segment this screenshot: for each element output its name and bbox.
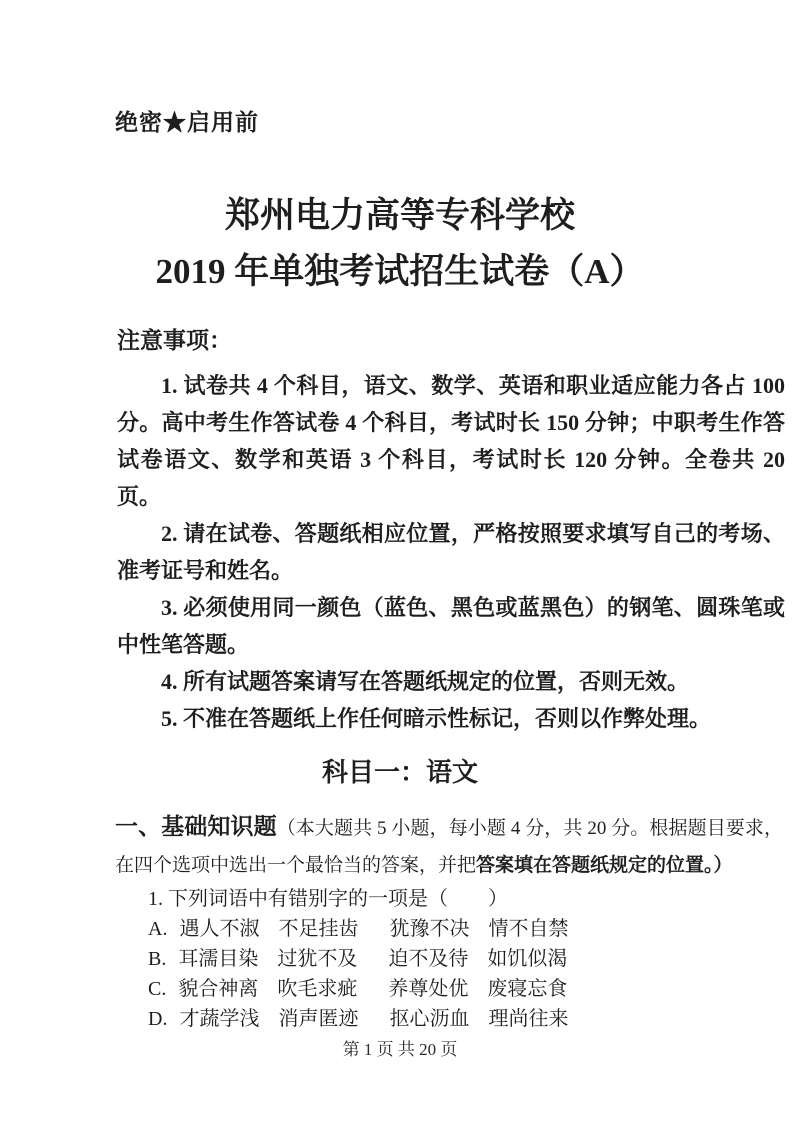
- paper-title-exam: 2019 年单独考试招生试卷（A）: [0, 244, 800, 300]
- security-classification: 绝密★启用前: [115, 104, 259, 137]
- option-c-word-1: 貌合神离: [178, 978, 258, 1000]
- option-b-word-4: 如饥似渴: [487, 948, 567, 970]
- option-a-word-1: 遇人不淑: [179, 918, 259, 940]
- option-a-word-3: 犹豫不决: [389, 918, 469, 940]
- option-c-label: C.: [148, 978, 166, 1000]
- option-b-word-2: 过犹不及: [277, 948, 357, 970]
- question-1-option-a: A. 遇人不淑 不足挂齿 犹豫不决 情不自禁: [148, 914, 568, 944]
- notice-item-2: 2. 请在试卷、答题纸相应位置，严格按照要求填写自己的考场、准考证号和姓名。: [117, 515, 785, 589]
- option-d-word-4: 理尚往来: [488, 1008, 568, 1030]
- option-c-word-2: 吹毛求疵: [277, 978, 357, 1000]
- notice-section: 注意事项： 1. 试卷共 4 个科目，语文、数学、英语和职业适应能力各占 100…: [117, 326, 785, 737]
- question-1: 1. 下列词语中有错别字的一项是（ ） A. 遇人不淑 不足挂齿 犹豫不决 情不…: [148, 884, 568, 1034]
- notice-item-1: 1. 试卷共 4 个科目，语文、数学、英语和职业适应能力各占 100 分。高中考…: [117, 367, 785, 515]
- option-d-word-2: 消声匿迹: [278, 1008, 358, 1030]
- notice-item-3: 3. 必须使用同一颜色（蓝色、黑色或蓝黑色）的钢笔、圆珠笔或中性笔答题。: [117, 589, 785, 663]
- notice-heading: 注意事项：: [117, 326, 785, 356]
- notice-item-4: 4. 所有试题答案请写在答题纸规定的位置，否则无效。: [117, 663, 785, 700]
- paper-title-school: 郑州电力高等专科学校: [0, 188, 800, 244]
- section-instructions-bold: 答案填在答题纸规定的位置。）: [476, 855, 733, 876]
- question-1-stem: 1. 下列词语中有错别字的一项是（ ）: [148, 884, 568, 914]
- option-c-word-4: 废寝忘食: [487, 978, 567, 1000]
- question-1-option-b: B. 耳濡目染 过犹不及 迫不及待 如饥似渴: [148, 944, 568, 974]
- option-a-label: A.: [148, 918, 167, 940]
- subject-heading: 科目一：语文: [0, 752, 800, 789]
- option-d-word-1: 才蔬学浅: [179, 1008, 259, 1030]
- exam-paper-page: 绝密★启用前 郑州电力高等专科学校 2019 年单独考试招生试卷（A） 注意事项…: [0, 0, 800, 1130]
- option-a-word-4: 情不自禁: [488, 918, 568, 940]
- section-title: 一、基础知识题: [115, 814, 277, 839]
- section-intro: 一、基础知识题（本大题共 5 小题，每小题 4 分，共 20 分。根据题目要求，…: [115, 808, 783, 884]
- option-a-word-2: 不足挂齿: [278, 918, 358, 940]
- question-1-option-c: C. 貌合神离 吹毛求疵 养尊处优 废寝忘食: [148, 974, 568, 1004]
- option-c-word-3: 养尊处优: [388, 978, 468, 1000]
- option-b-word-3: 迫不及待: [388, 948, 468, 970]
- question-1-option-d: D. 才蔬学浅 消声匿迹 抠心沥血 理尚往来: [148, 1004, 568, 1034]
- notice-item-5: 5. 不准在答题纸上作任何暗示性标记，否则以作弊处理。: [117, 700, 785, 737]
- option-d-word-3: 抠心沥血: [389, 1008, 469, 1030]
- option-d-label: D.: [148, 1008, 167, 1030]
- paper-title: 郑州电力高等专科学校 2019 年单独考试招生试卷（A）: [0, 188, 800, 300]
- option-b-word-1: 耳濡目染: [178, 948, 258, 970]
- page-number: 第 1 页 共 20 页: [0, 1035, 800, 1060]
- option-b-label: B.: [148, 948, 166, 970]
